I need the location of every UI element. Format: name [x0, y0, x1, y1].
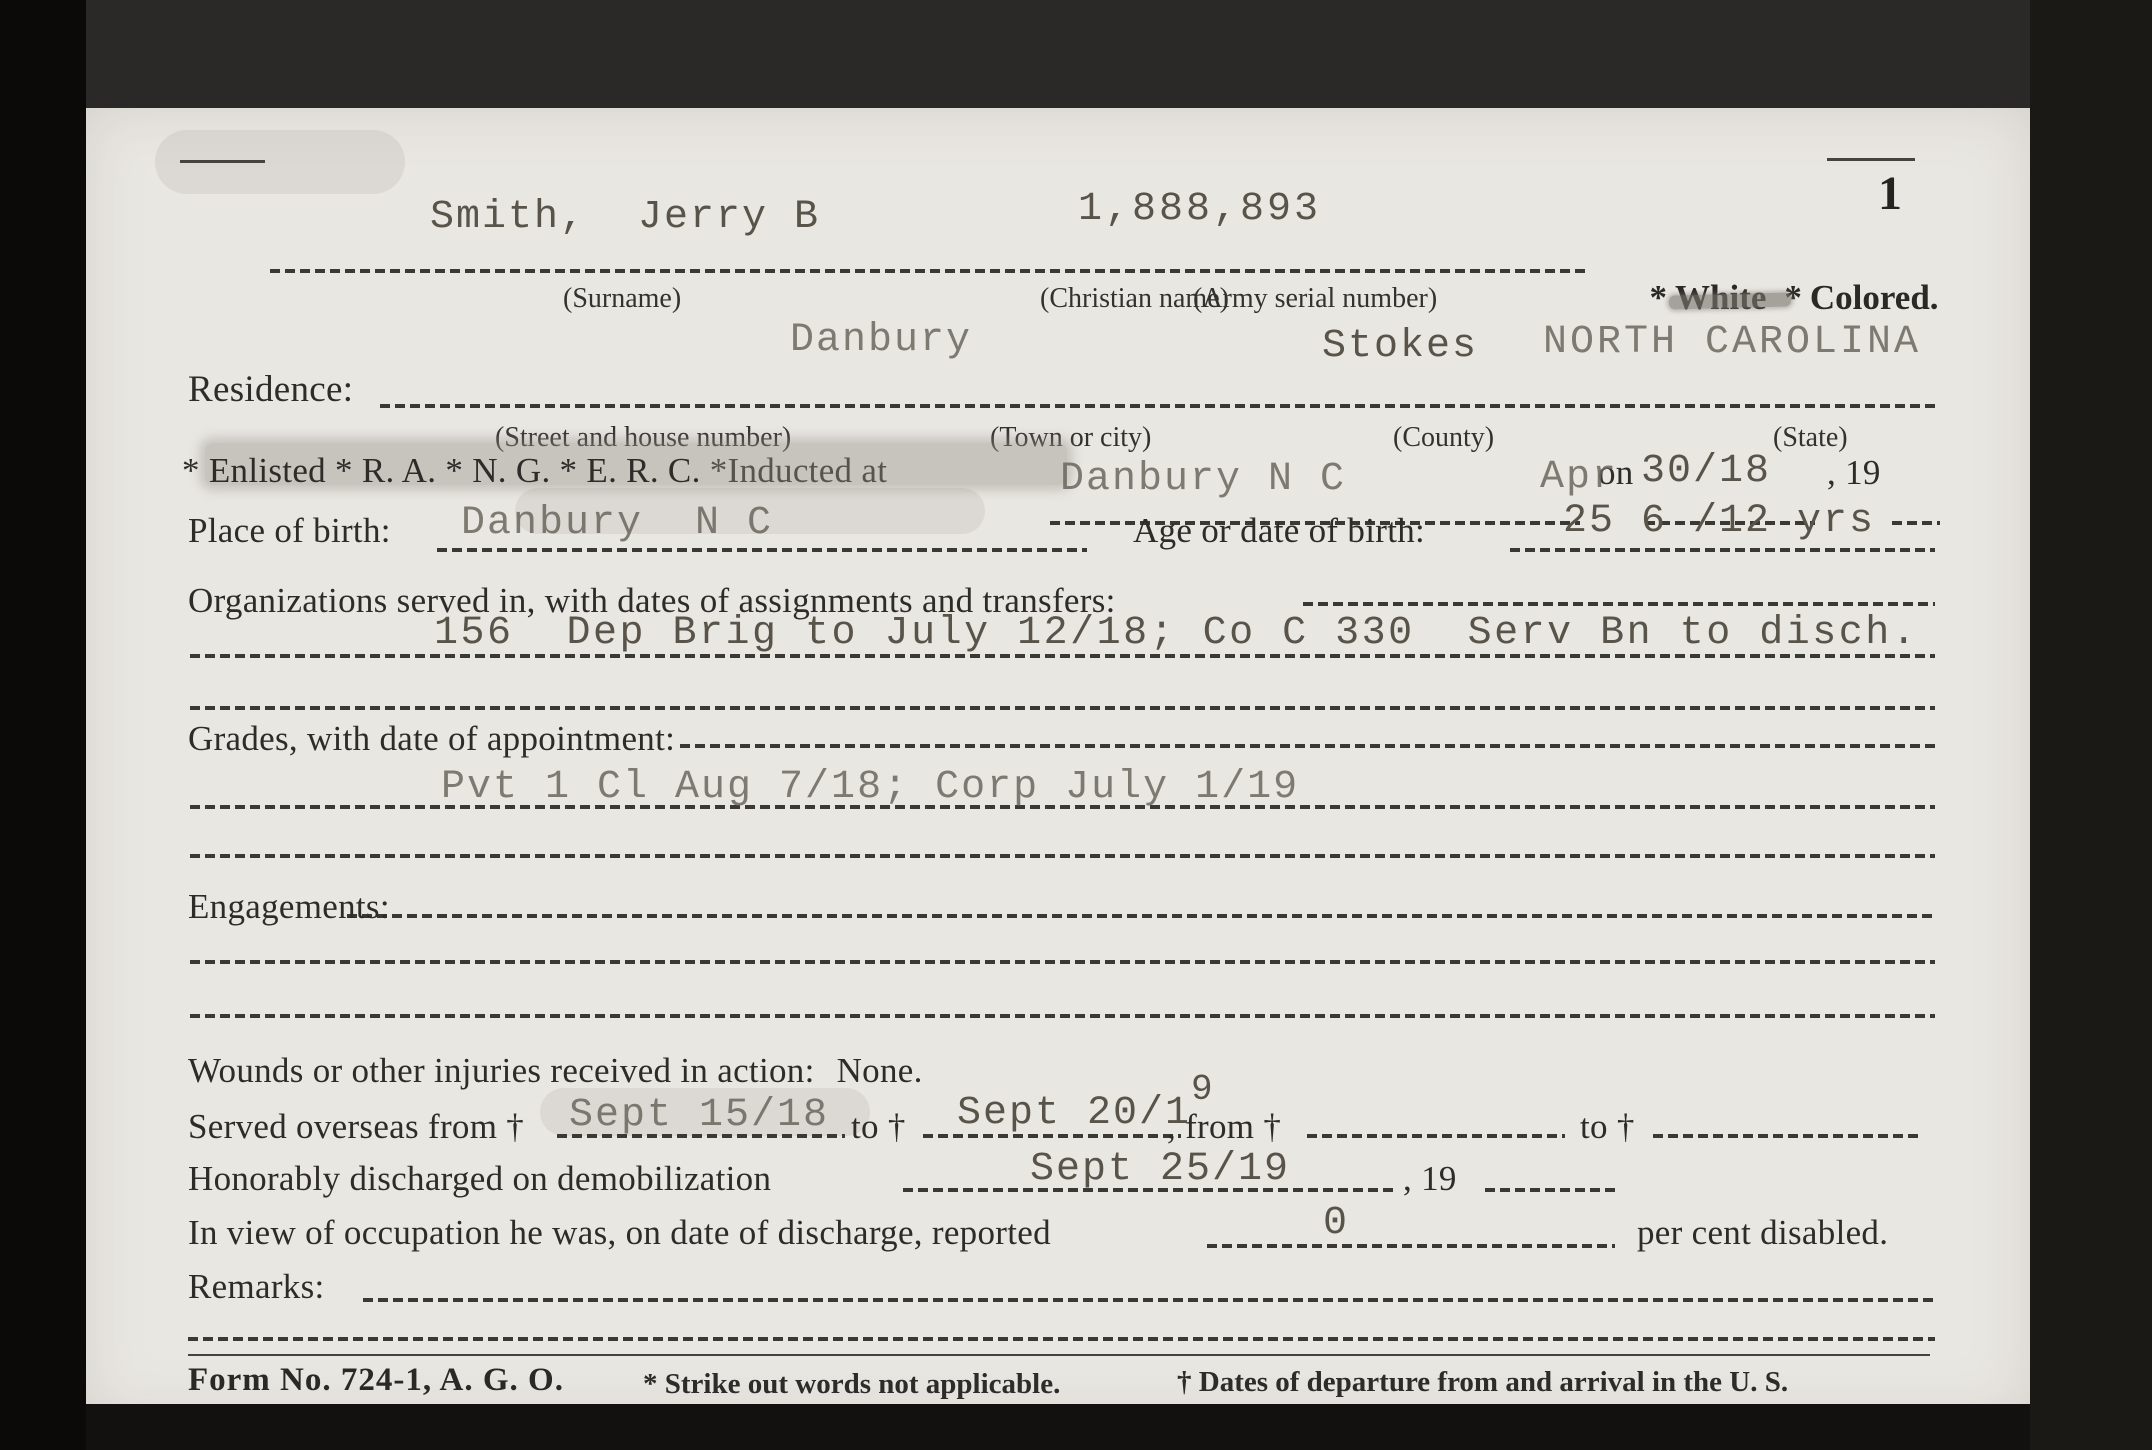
enlistment-line: * Enlisted * R. A. * N. G. * E. R. C. *I… — [182, 452, 887, 491]
overseas-to-label-2: to † — [1580, 1108, 1635, 1147]
typed-serial-number: 1,888,893 — [1078, 190, 1321, 230]
dagger-note: † Dates of departure from and arrival in… — [1177, 1366, 1788, 1399]
scan-border-right — [2030, 0, 2152, 1450]
dotted-rule — [680, 744, 1935, 748]
dotted-rule — [1307, 1134, 1565, 1138]
typed-residence-county: Stokes — [1322, 327, 1478, 367]
discharge-year-prefix: , 19 — [1403, 1160, 1457, 1199]
state-label: (State) — [1773, 422, 1848, 454]
typed-induction-date: 30/18 — [1641, 452, 1771, 492]
typed-inducted-place: Danbury N C — [1060, 460, 1346, 500]
scan-border-left — [0, 0, 86, 1450]
typed-induction-month: Apr — [1540, 458, 1618, 498]
dotted-rule — [190, 706, 1935, 710]
county-label: (County) — [1393, 422, 1494, 454]
pencil-strike-white — [1669, 292, 1791, 309]
dotted-rule — [380, 404, 1935, 408]
dotted-rule — [190, 1014, 1935, 1018]
typed-grades: Pvt 1 Cl Aug 7/18; Corp July 1/19 — [441, 768, 1299, 808]
typed-residence-state: NORTH CAROLINA — [1543, 323, 1921, 363]
dotted-rule — [437, 548, 1087, 552]
strike-out-note: * Strike out words not applicable. — [643, 1368, 1060, 1401]
dotted-rule — [1510, 548, 1935, 552]
disability-suffix: per cent disabled. — [1637, 1214, 1888, 1253]
page-number-line — [1827, 158, 1915, 161]
grades-label: Grades, with date of appointment: — [188, 720, 675, 759]
enlistment-struck-options: Enlisted * R. A. * N. G. * E. R. C. — [209, 451, 701, 490]
typed-overseas-from: Sept 15/18 — [569, 1096, 829, 1136]
army-serial-label: (Army serial number) — [1193, 283, 1437, 315]
disability-label: In view of occupation he was, on date of… — [188, 1214, 1051, 1253]
dotted-rule — [363, 1298, 1935, 1302]
discharge-label: Honorably discharged on demobilization — [188, 1160, 771, 1199]
age-label: Age or date of birth: — [1133, 512, 1425, 551]
overseas-label: Served overseas from † — [188, 1108, 524, 1147]
year-19-prefix: , 19 — [1827, 454, 1881, 493]
dotted-rule — [270, 269, 1585, 273]
place-of-birth-label: Place of birth: — [188, 512, 391, 551]
record-card: Smith, Jerry B 1,888,893 1 *White*Colore… — [85, 108, 2030, 1418]
dotted-rule — [190, 854, 1935, 858]
typed-birth-place: Danbury N C — [461, 504, 773, 544]
typed-discharge-date: Sept 25/19 — [1030, 1150, 1290, 1190]
typed-organizations: 156 Dep Brig to July 12/18; Co C 330 Ser… — [434, 614, 1918, 654]
dotted-rule — [347, 914, 1935, 918]
dotted-rule — [1485, 1188, 1620, 1192]
typed-overseas-to-superscript: 9 — [1191, 1069, 1215, 1110]
overseas-to-label-1: to † — [851, 1108, 906, 1147]
race-colored-word: Colored. — [1810, 278, 1939, 317]
form-number: Form No. 724-1, A. G. O. — [188, 1362, 564, 1399]
wounds-value: None. — [837, 1051, 923, 1090]
wounds-line: Wounds or other injuries received in act… — [188, 1052, 923, 1091]
footer-divider-line — [188, 1354, 1930, 1356]
typed-overseas-to: Sept 20/19 — [957, 1094, 1215, 1134]
top-left-mark-line — [180, 160, 265, 163]
typed-disability-percent: 0 — [1323, 1204, 1349, 1244]
surname-label: (Surname) — [563, 283, 681, 315]
race-star-1: * — [1650, 278, 1668, 317]
scan-border-bottom — [86, 1404, 2030, 1450]
remarks-label: Remarks: — [188, 1268, 325, 1307]
dotted-rule — [188, 1337, 1935, 1341]
dotted-rule — [190, 960, 1935, 964]
typed-name: Smith, Jerry B — [430, 198, 820, 238]
dotted-rule — [1303, 602, 1935, 606]
wounds-label: Wounds or other injuries received in act… — [188, 1051, 815, 1090]
dotted-rule — [1892, 521, 1940, 525]
scanned-service-record: Smith, Jerry B 1,888,893 1 *White*Colore… — [0, 0, 2152, 1450]
scan-border-top — [86, 0, 2152, 108]
race-white-word: White — [1675, 278, 1766, 317]
typed-age: 25 6 /12 yrs — [1563, 502, 1875, 542]
engagements-label: Engagements: — [188, 888, 390, 927]
residence-label: Residence: — [188, 370, 353, 411]
dotted-rule — [1207, 1244, 1615, 1248]
dotted-rule — [1653, 1134, 1918, 1138]
typed-residence-town: Danbury — [790, 321, 972, 361]
page-number: 1 — [1878, 166, 1902, 221]
